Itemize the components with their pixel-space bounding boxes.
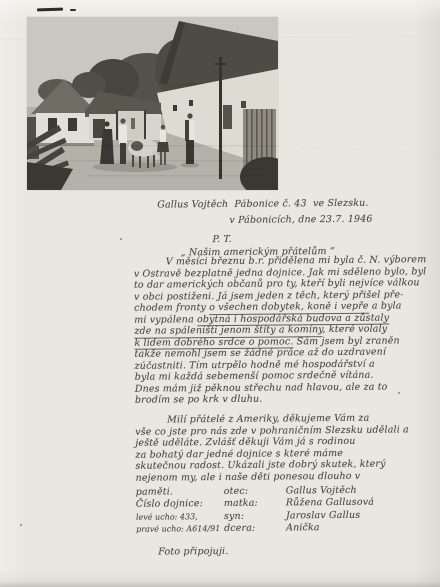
letter-text: Dnes mám již pěknou střechu nad hlavou, … (135, 381, 388, 394)
footer-relation-label: syn: (224, 510, 286, 523)
footer-relation-label: dcera: (224, 523, 286, 536)
footer-row: pravé ucho: A614/91 dcera: Anička (136, 521, 436, 536)
salutation: P. T. (212, 234, 231, 245)
postscript: Foto připojuji. (158, 546, 228, 558)
footer-ear-tag-right: pravé ucho: A614/91 (136, 523, 224, 536)
footer-name: Anička (286, 521, 436, 535)
handwritten-letter: Gallus Vojtěch Pábonice č. 43 ve Slezsku… (0, 0, 440, 587)
letter-line: brodím se po krk v dluhu. (135, 392, 431, 406)
place-date-line: v Pábonicích, dne 23.7. 1946 (229, 214, 372, 226)
footer-relation-label: matka: (224, 498, 286, 511)
footer-left: Číslo dojnice: (136, 498, 224, 511)
letter-text: nejenom my, ale i naše děti ponesou dlou… (136, 470, 361, 483)
letter-text: brodím se po krk v dluhu. (135, 394, 263, 406)
scanned-letter-page: Gallus Vojtěch Pábonice č. 43 ve Slezsku… (0, 0, 440, 587)
footer-relation-label: otec: (224, 485, 286, 498)
footer-left: paměti. (136, 486, 224, 499)
letter-text: Sám jsem byl zraněn (293, 335, 399, 347)
letter-text: , které volaly (322, 324, 387, 336)
footer-ear-tag-left: levé ucho: 433, (136, 511, 224, 524)
letter-text: vše co jste pro nás zde v pohraničním Sl… (135, 424, 409, 437)
letter-line: nejenom my, ale i naše děti ponesou dlou… (136, 470, 432, 484)
sender-address-line: Gallus Vojtěch Pábonice č. 43 ve Slezsku… (157, 198, 368, 211)
letter-text: mi vypálena (134, 314, 197, 326)
letter-text: chodem fronty (134, 302, 209, 314)
letter-text: a byla (369, 300, 402, 311)
letter-footer: paměti. otec: Gallus Vojtěch Číslo dojni… (136, 484, 436, 536)
scan-edge-shadow (0, 581, 440, 587)
letter-body: V měsíci březnu b.r. přidělena mi byla č… (134, 254, 432, 484)
